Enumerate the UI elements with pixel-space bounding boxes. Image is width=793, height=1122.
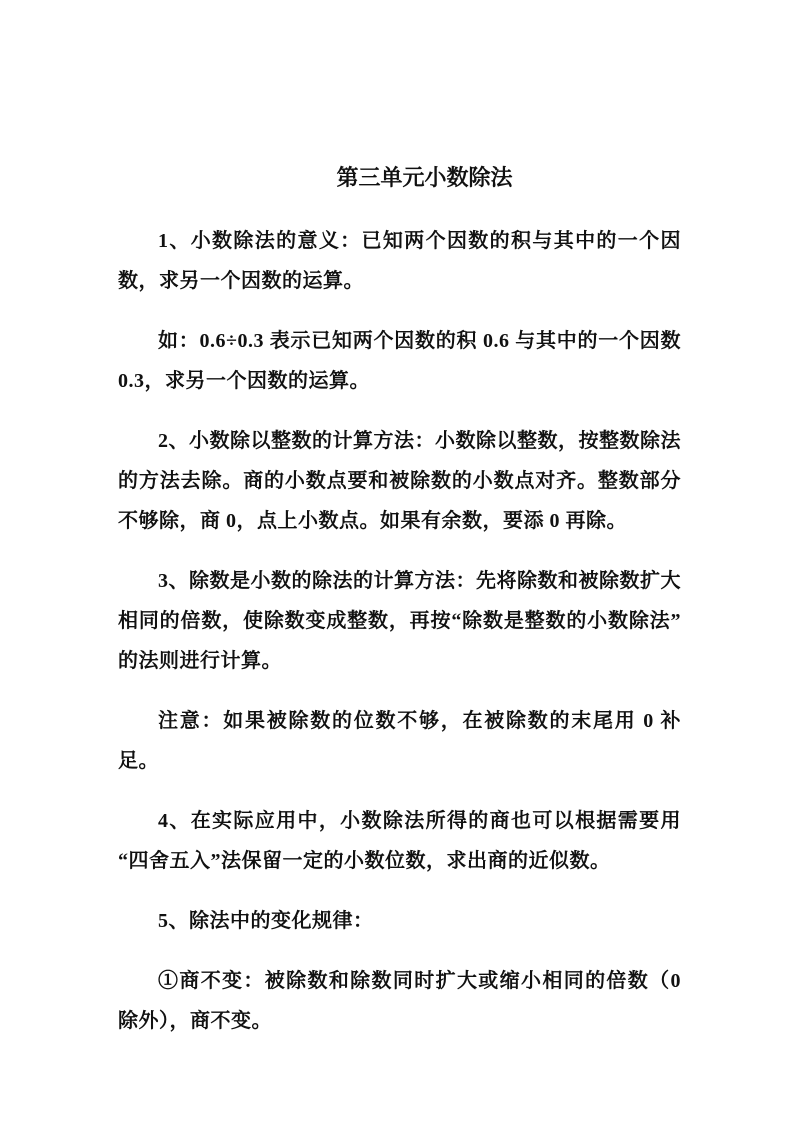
paragraph-4-rounding: 4、在实际应用中，小数除法所得的商也可以根据需要用“四舍五入”法保留一定的小数位… <box>118 801 681 881</box>
paragraph-1-definition: 1、小数除法的意义：已知两个因数的积与其中的一个因数，求另一个因数的运算。 <box>118 221 681 301</box>
paragraph-3-decimal-divisor-method: 3、除数是小数的除法的计算方法：先将除数和被除数扩大相同的倍数，使除数变成整数，… <box>118 561 681 681</box>
paragraph-rule-1-quotient-unchanged: ①商不变：被除数和除数同时扩大或缩小相同的倍数（0 除外），商不变。 <box>118 961 681 1041</box>
paragraph-note: 注意：如果被除数的位数不够，在被除数的末尾用 0 补足。 <box>118 701 681 781</box>
page-title: 第三单元小数除法 <box>118 158 681 198</box>
paragraph-5-change-rules: 5、除法中的变化规律： <box>118 901 681 941</box>
document-page: 第三单元小数除法 1、小数除法的意义：已知两个因数的积与其中的一个因数，求另一个… <box>0 0 793 1122</box>
paragraph-example: 如：0.6÷0.3 表示已知两个因数的积 0.6 与其中的一个因数 0.3，求另… <box>118 321 681 401</box>
paragraph-2-integer-divisor-method: 2、小数除以整数的计算方法：小数除以整数，按整数除法的方法去除。商的小数点要和被… <box>118 421 681 541</box>
